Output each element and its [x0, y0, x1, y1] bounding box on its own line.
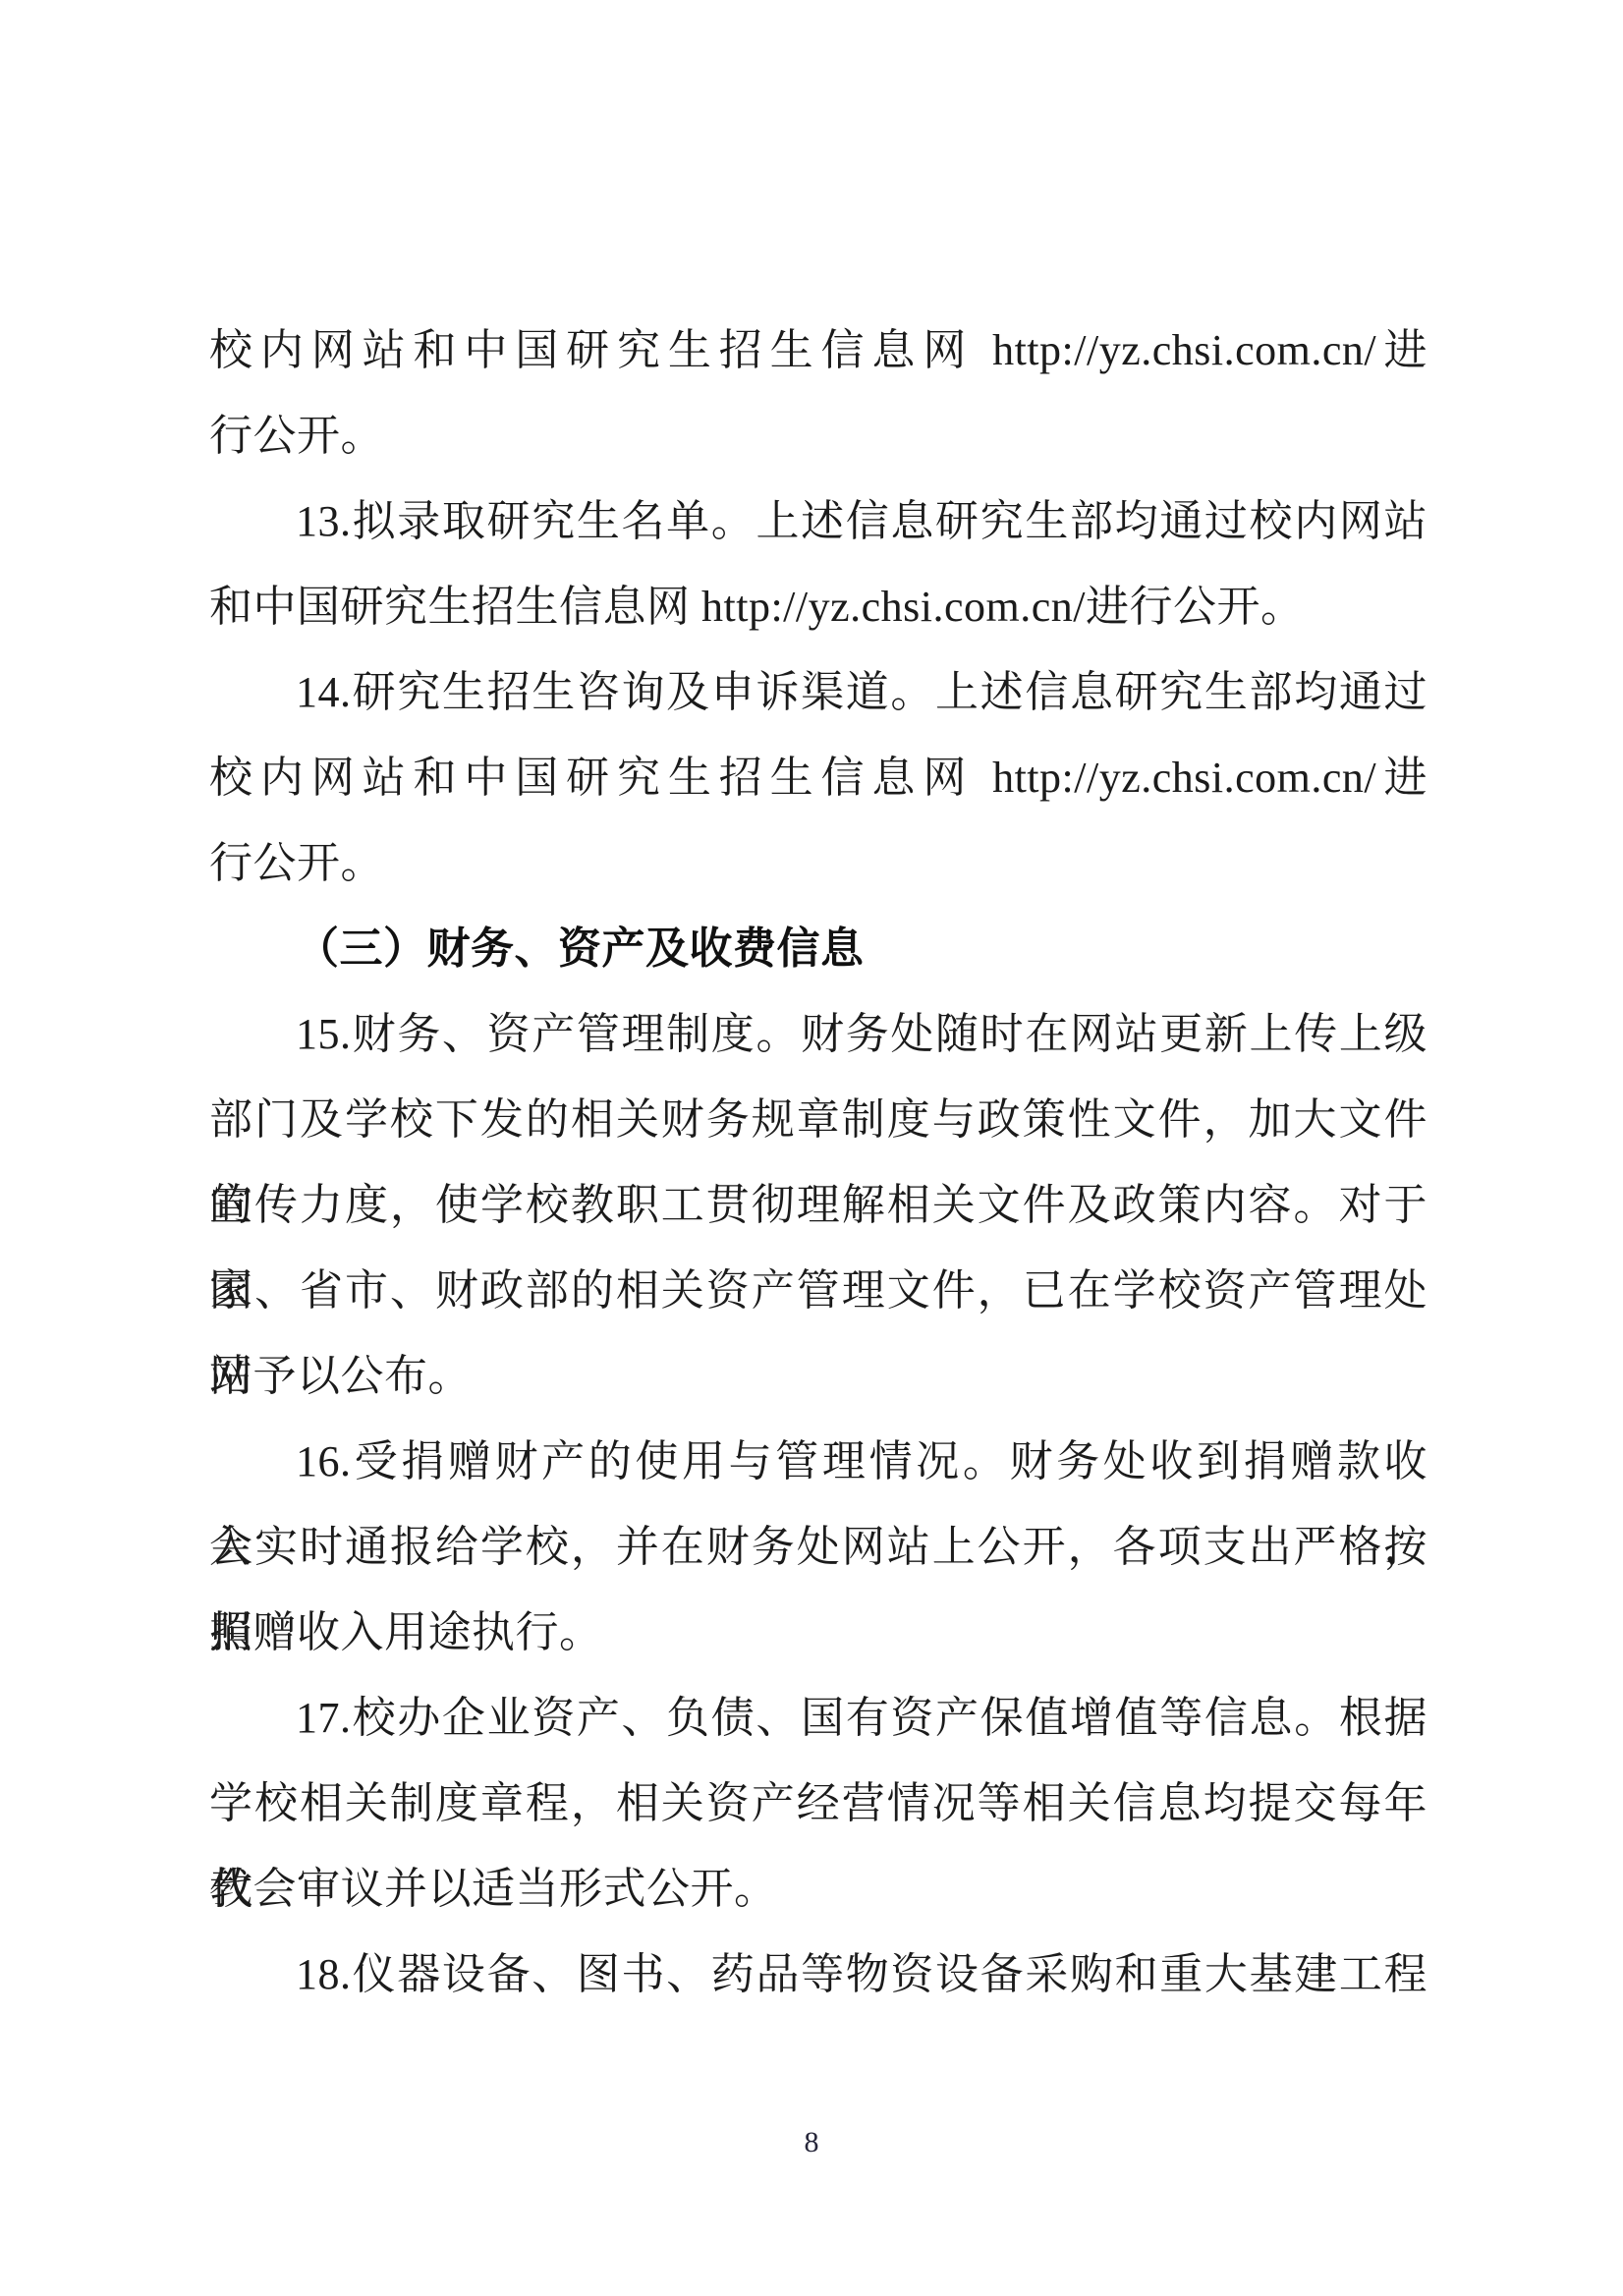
doc-line: 15.财务、资产管理制度。财务处随时在网站更新上传上级: [209, 991, 1427, 1077]
doc-line: 学校相关制度章程，相关资产经营情况等相关信息均提交每年教: [209, 1761, 1427, 1846]
doc-line: 18.仪器设备、图书、药品等物资设备采购和重大基建工程: [209, 1932, 1427, 2017]
doc-line: 16.受捐赠财产的使用与管理情况。财务处收到捐赠款收入，: [209, 1419, 1427, 1504]
document-page: 校内网站和中国研究生招生信息网 http://yz.chsi.com.cn/进 …: [0, 0, 1623, 2296]
doc-line: 会实时通报给学校，并在财务处网站上公开，各项支出严格按照: [209, 1504, 1427, 1590]
page-number: 8: [0, 2125, 1623, 2160]
doc-line: 行公开。: [209, 820, 1427, 906]
doc-line: 行公开。: [209, 393, 1427, 478]
doc-line: 17.校办企业资产、负债、国有资产保值增值等信息。根据: [209, 1675, 1427, 1761]
doc-line: 和中国研究生招生信息网 http://yz.chsi.com.cn/进行公开。: [209, 564, 1427, 649]
section-heading: （三）财务、资产及收费信息: [209, 906, 1427, 991]
doc-line: 宣传力度，使学校教职工贯彻理解相关文件及政策内容。对于国: [209, 1162, 1427, 1248]
doc-line: 捐赠收入用途执行。: [209, 1590, 1427, 1675]
doc-line: 部门及学校下发的相关财务规章制度与政策性文件，加大文件的: [209, 1077, 1427, 1162]
doc-line: 代会审议并以适当形式公开。: [209, 1846, 1427, 1932]
doc-line: 校内网站和中国研究生招生信息网 http://yz.chsi.com.cn/进: [209, 735, 1427, 820]
doc-line: 家、省市、财政部的相关资产管理文件，已在学校资产管理处网: [209, 1248, 1427, 1333]
doc-line: 校内网站和中国研究生招生信息网 http://yz.chsi.com.cn/进: [209, 308, 1427, 393]
document-body: 校内网站和中国研究生招生信息网 http://yz.chsi.com.cn/进 …: [209, 308, 1427, 2017]
doc-line: 13.拟录取研究生名单。上述信息研究生部均通过校内网站: [209, 478, 1427, 564]
doc-line: 站予以公布。: [209, 1333, 1427, 1419]
doc-line: 14.研究生招生咨询及申诉渠道。上述信息研究生部均通过: [209, 649, 1427, 735]
